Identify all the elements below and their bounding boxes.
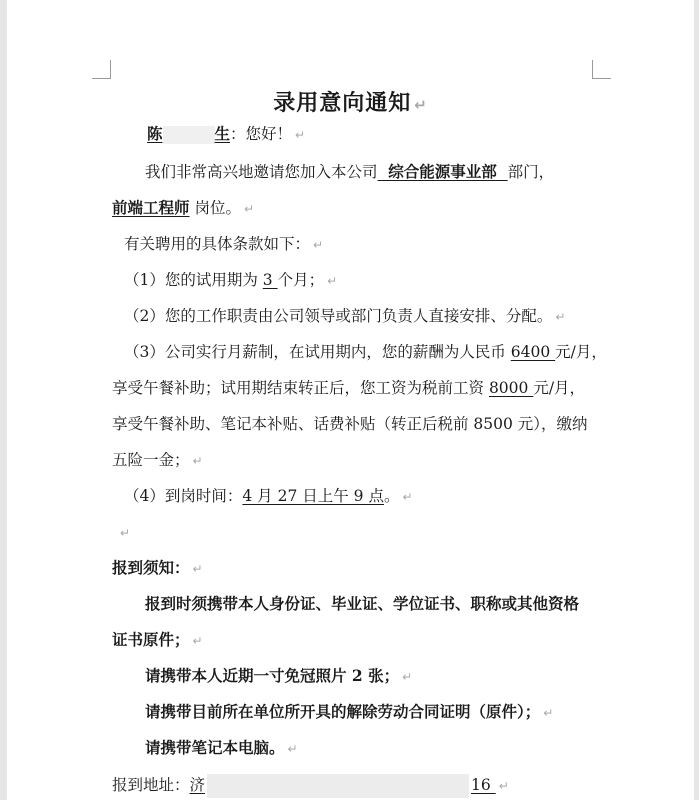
terms-heading-text: 有关聘用的具体条款如下： <box>124 235 310 253</box>
term-3-text-2: 享受午餐补助；试用期结束转正后，您工资为税前工资 <box>112 379 489 397</box>
paragraph-mark-icon: ↵ <box>402 490 412 504</box>
notice-item-text: 请携带笔记本电脑。 <box>145 738 285 757</box>
department-name: 综合能源事业部 <box>378 162 508 181</box>
paragraph-mark-icon: ↵ <box>120 526 130 540</box>
margin-corner-top-left <box>92 60 111 79</box>
notice-item-1: 报到时须携带本人身份证、毕业证、学位证书、职称或其他资格 <box>145 594 579 614</box>
probation-salary: 6400 <box>511 343 555 361</box>
term-3-line-1: （3）公司实行月薪制，在试用期内，您的薪酬为人民币 6400 元/月， <box>124 342 607 362</box>
notice-item-text: 证书原件； <box>112 630 190 649</box>
paragraph-mark-icon: ↵ <box>499 779 509 793</box>
term-3-line-2: 享受午餐补助；试用期结束转正后，您工资为税前工资 8000 元/月， <box>112 378 585 398</box>
paragraph-mark-icon: ↵ <box>402 670 412 684</box>
start-time: 4 月 27 日上午 9 点 <box>242 487 384 505</box>
address-line: 报到地址：济16 ↵ <box>112 774 509 798</box>
recipient-name-suffix: 生 <box>215 124 231 143</box>
greeting-text: ：您好！ <box>230 125 292 143</box>
paragraph-mark-icon: ↵ <box>244 202 254 216</box>
greeting-line: 陈生：您好！↵ <box>147 124 305 145</box>
redacted-address <box>207 774 469 798</box>
title-text: 录用意向通知 <box>273 90 411 116</box>
term-3-text-4: 五险一金； <box>112 451 190 469</box>
notice-heading-text: 报到须知： <box>112 558 190 577</box>
recipient-name-prefix: 陈 <box>147 124 163 143</box>
paragraph-mark-icon: ↵ <box>193 454 203 468</box>
intro-text-2: 部门， <box>508 163 555 181</box>
regular-salary: 8000 <box>489 379 533 397</box>
notice-heading: 报到须知：↵ <box>112 558 203 579</box>
paragraph-mark-icon: ↵ <box>193 562 203 576</box>
address-start: 济 <box>190 776 206 794</box>
notice-item-4: 请携带笔记本电脑。↵ <box>145 738 298 759</box>
paragraph-mark-icon: ↵ <box>414 96 428 114</box>
probation-months: 3 <box>263 271 278 289</box>
paragraph-mark-icon: ↵ <box>555 310 565 324</box>
document-page: 录用意向通知↵ 陈生：您好！↵ 我们非常高兴地邀请您加入本公司 综合能源事业部 … <box>7 0 694 800</box>
term-3-text-3: 享受午餐补助、笔记本补贴、话费补贴（转正后税前 8500 元），缴纳 <box>112 415 588 433</box>
term-1: （1）您的试用期为 3 个月；↵ <box>124 270 337 291</box>
term-1-prefix: （1）您的试用期为 <box>124 271 263 289</box>
intro-line-2: 前端工程师 岗位。↵ <box>112 198 254 219</box>
term-3-unit-2: 元/月， <box>533 379 585 397</box>
paragraph-mark-icon: ↵ <box>543 706 553 720</box>
term-4-suffix: 。 <box>384 487 400 505</box>
notice-item-text: 请携带本人近期一寸免冠照片 2 张； <box>145 666 399 685</box>
terms-heading: 有关聘用的具体条款如下：↵ <box>124 234 323 255</box>
term-2-text: （2）您的工作职责由公司领导或部门负责人直接安排、分配。 <box>124 307 552 325</box>
redacted-name <box>163 126 215 144</box>
notice-item-2: 请携带本人近期一寸免冠照片 2 张；↵ <box>145 666 412 687</box>
paragraph-mark-icon: ↵ <box>295 128 305 142</box>
intro-text-3: 岗位。 <box>190 199 241 217</box>
notice-item-1-cont: 证书原件；↵ <box>112 630 203 651</box>
notice-item-3: 请携带目前所在单位所开具的解除劳动合同证明（原件）；↵ <box>145 702 553 723</box>
position-name: 前端工程师 <box>112 198 190 217</box>
address-label: 报到地址： <box>112 776 190 794</box>
term-1-suffix: 个月； <box>278 271 325 289</box>
intro-line-1: 我们非常高兴地邀请您加入本公司 综合能源事业部 部门， <box>145 162 554 182</box>
term-2: （2）您的工作职责由公司领导或部门负责人直接安排、分配。↵ <box>124 306 565 327</box>
notice-item-text: 报到时须携带本人身份证、毕业证、学位证书、职称或其他资格 <box>145 594 579 613</box>
term-3-line-4: 五险一金；↵ <box>112 450 203 471</box>
term-4: （4）到岗时间：4 月 27 日上午 9 点。↵ <box>124 486 413 507</box>
document-title: 录用意向通知↵ <box>7 86 694 117</box>
term-4-prefix: （4）到岗时间： <box>124 487 242 505</box>
paragraph-mark-icon: ↵ <box>327 274 337 288</box>
paragraph-mark-icon: ↵ <box>313 238 323 252</box>
margin-corner-top-right <box>592 60 611 79</box>
empty-paragraph: ↵ <box>117 522 130 543</box>
paragraph-mark-icon: ↵ <box>193 634 203 648</box>
term-3-text: （3）公司实行月薪制，在试用期内，您的薪酬为人民币 <box>124 343 511 361</box>
address-end: 16 <box>471 776 496 794</box>
paragraph-mark-icon: ↵ <box>288 742 298 756</box>
intro-text: 我们非常高兴地邀请您加入本公司 <box>145 163 378 181</box>
term-3-line-3: 享受午餐补助、笔记本补贴、话费补贴（转正后税前 8500 元），缴纳 <box>112 414 588 434</box>
notice-item-text: 请携带目前所在单位所开具的解除劳动合同证明（原件）； <box>145 702 540 721</box>
term-3-unit: 元/月， <box>555 343 607 361</box>
